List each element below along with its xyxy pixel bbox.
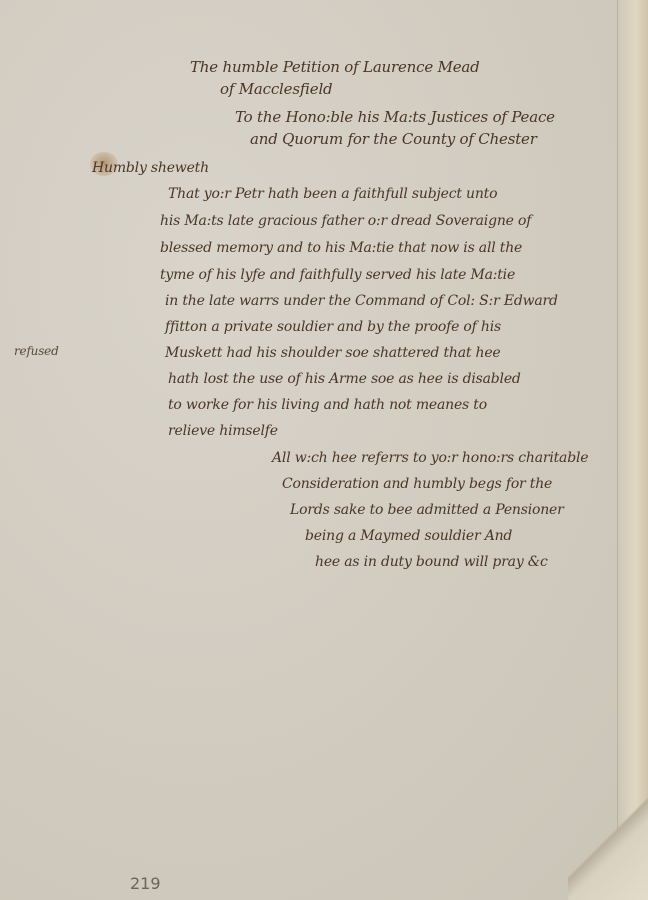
margin-note: refused xyxy=(14,344,59,358)
body-line: in the late warrs under the Command of C… xyxy=(165,293,558,309)
heading-line-4: and Quorum for the County of Chester xyxy=(250,130,537,148)
body-line: tyme of his lyfe and faithfully served h… xyxy=(160,267,515,283)
body-line: his Ma:ts late gracious father o:r dread… xyxy=(160,213,531,229)
body-line: blessed memory and to his Ma:tie that no… xyxy=(160,240,522,256)
body-line: Muskett had his shoulder soe shattered t… xyxy=(165,345,501,361)
body-line: ffitton a private souldier and by the pr… xyxy=(165,319,501,335)
body-line: That yo:r Petr hath been a faithfull sub… xyxy=(168,186,497,202)
heading-line-2: of Macclesfield xyxy=(220,80,332,98)
manuscript-page: The humble Petition of Laurence Mead of … xyxy=(0,0,648,900)
prayer-line: hee as in duty bound will pray &c xyxy=(315,554,548,570)
prayer-line: Consideration and humbly begs for the xyxy=(282,476,552,492)
heading-line-1: The humble Petition of Laurence Mead xyxy=(190,58,480,76)
page-edge xyxy=(617,0,648,900)
body-line: to worke for his living and hath not mea… xyxy=(168,397,487,413)
body-line: hath lost the use of his Arme soe as hee… xyxy=(168,371,521,387)
page-corner-fold xyxy=(568,780,648,900)
prayer-line: Lords sake to bee admitted a Pensioner xyxy=(290,502,564,518)
opening-line: Humbly sheweth xyxy=(92,160,209,176)
prayer-line: being a Maymed souldier And xyxy=(305,528,512,544)
prayer-line: All w:ch hee referrs to yo:r hono:rs cha… xyxy=(272,450,588,466)
body-line: relieve himselfe xyxy=(168,423,278,439)
folio-number: 219 xyxy=(130,874,161,893)
heading-line-3: To the Hono:ble his Ma:ts Justices of Pe… xyxy=(235,108,555,126)
